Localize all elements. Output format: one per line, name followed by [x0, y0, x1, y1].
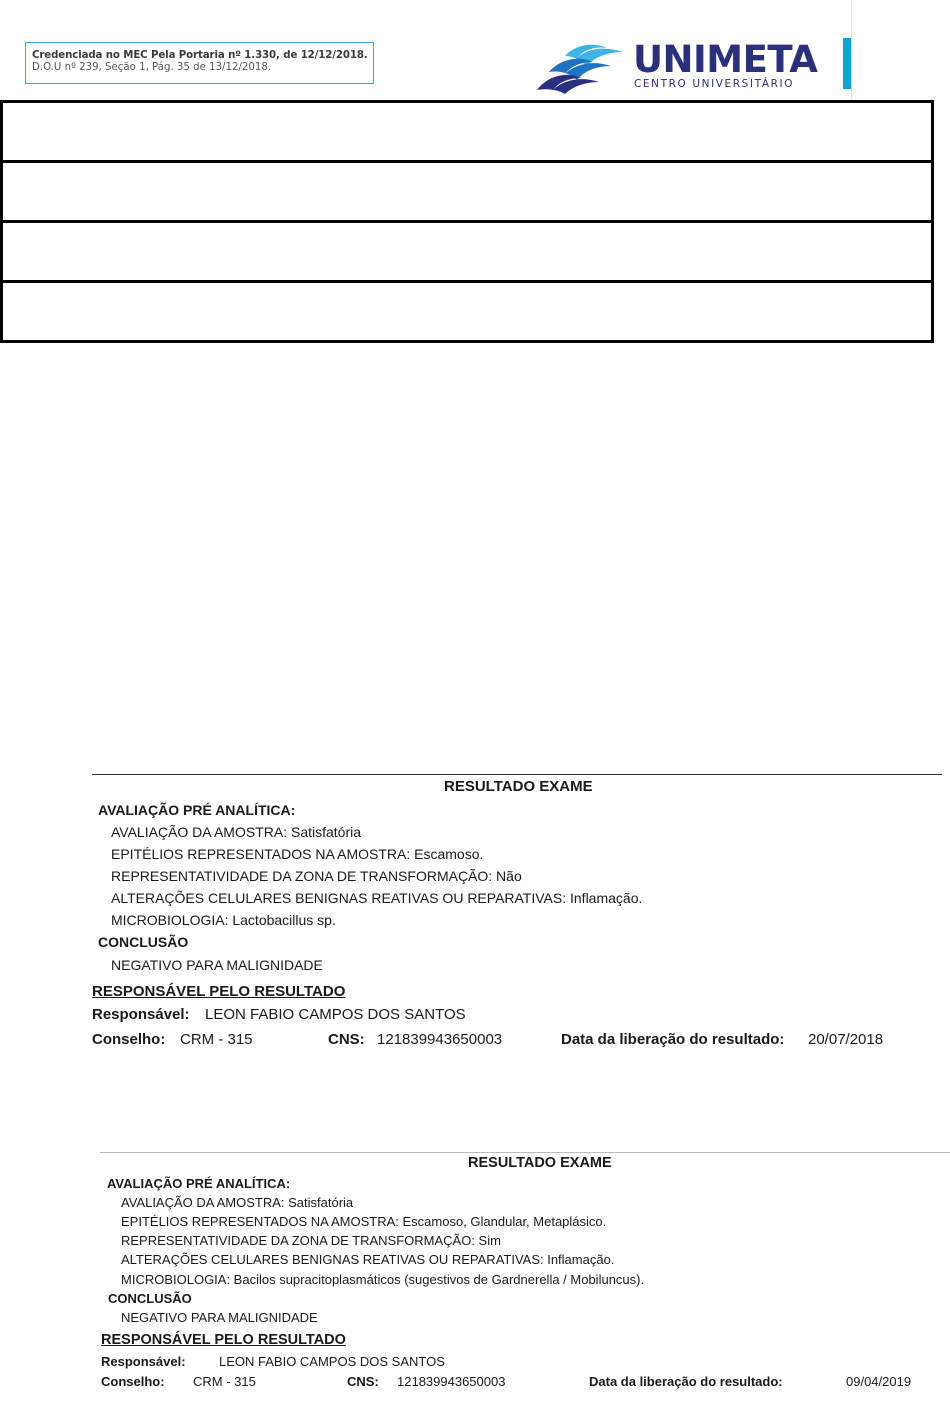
- result-item: AVALIAÇÃO DA AMOSTRA: Satisfatória: [121, 1195, 353, 1210]
- cns-label: CNS:: [347, 1374, 379, 1389]
- exam-result-2: RESULTADO EXAME AVALIAÇÃO PRÉ ANALÍTICA:…: [0, 0, 950, 1415]
- result-title: RESULTADO EXAME: [468, 1155, 612, 1171]
- conclusao-text: NEGATIVO PARA MALIGNIDADE: [121, 1310, 318, 1325]
- result-item: EPITÉLIOS REPRESENTADOS NA AMOSTRA: Esca…: [121, 1214, 606, 1229]
- responsavel-name: LEON FABIO CAMPOS DOS SANTOS: [219, 1354, 445, 1369]
- release-date-value: 09/04/2019: [846, 1374, 911, 1389]
- conclusao-heading: CONCLUSÃO: [108, 1291, 192, 1306]
- result-item: REPRESENTATIVIDADE DA ZONA DE TRANSFORMA…: [121, 1233, 501, 1248]
- cns-value: 121839943650003: [397, 1374, 505, 1389]
- result-item: MICROBIOLOGIA: Bacilos supracitoplasmáti…: [121, 1272, 644, 1287]
- conselho-value: CRM - 315: [193, 1374, 256, 1389]
- result-item: ALTERAÇÕES CELULARES BENIGNAS REATIVAS O…: [121, 1252, 614, 1267]
- section-divider: [100, 1152, 950, 1153]
- conselho-label: Conselho:: [101, 1374, 165, 1389]
- responsavel-label: Responsável:: [101, 1354, 186, 1369]
- release-date-label: Data da liberação do resultado:: [589, 1374, 783, 1389]
- responsavel-heading: RESPONSÁVEL PELO RESULTADO: [101, 1332, 346, 1348]
- pre-analitica-heading: AVALIAÇÃO PRÉ ANALÍTICA:: [107, 1176, 290, 1191]
